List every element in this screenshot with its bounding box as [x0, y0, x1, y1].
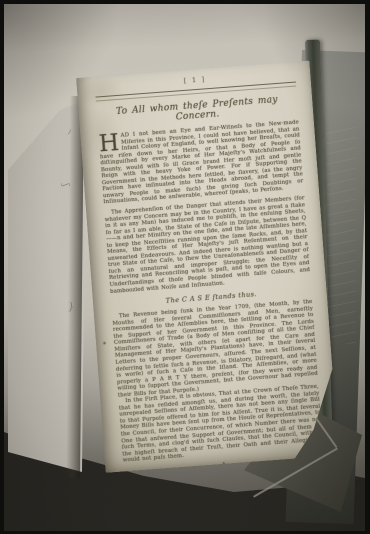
paragraph-4: In the Firſt Place, it is obvious, That … — [118, 384, 323, 464]
paragraph-1: HAD I not been an Eye and Ear-Witneſs to… — [98, 119, 304, 206]
drop-cap: H — [98, 133, 122, 154]
paragraph-1-text: AD I not been an Eye and Ear-Witneſs to … — [100, 119, 304, 205]
board-scratches — [326, 124, 356, 344]
page-text: [ 1 ] To All whom theſe Preſents may Con… — [95, 70, 325, 477]
paragraph-3-wrap: * The Revenue being ſunk in the Year 170… — [112, 299, 319, 399]
paragraph-3: The Revenue being ſunk in the Year 1709,… — [112, 299, 319, 399]
photo-frame: ʃ ) } [ 1 ] To All whom theſe Preſents m… — [0, 0, 370, 534]
paragraph-4-wrap: In the Firſt Place, it is obvious, That … — [118, 384, 323, 464]
photograph: ʃ ) } [ 1 ] To All whom theſe Preſents m… — [4, 4, 365, 531]
margin-asterisk: * — [103, 342, 107, 349]
paragraph-2: The Apprehenſion of the Danger that atte… — [104, 195, 311, 295]
book-page: [ 1 ] To All whom theſe Preſents may Con… — [76, 60, 339, 472]
